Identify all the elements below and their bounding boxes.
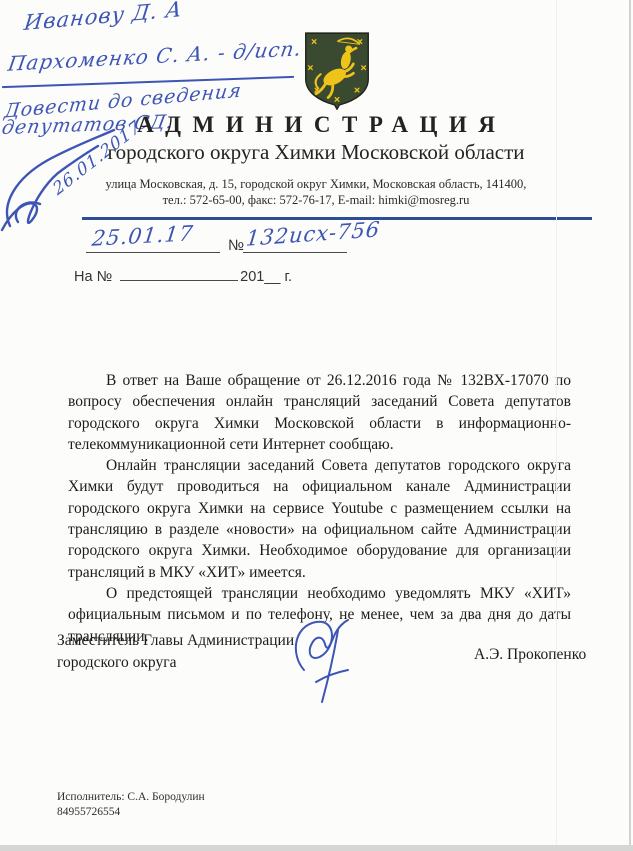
- executor-phone: 84955726554: [57, 805, 205, 820]
- scanned-letter-page: Иванову Д. А Пархоменко С. А. - д/исп. Д…: [0, 0, 633, 851]
- handwritten-addressee: Иванову Д. А: [23, 0, 184, 35]
- signer-position-line1: Заместитель Главы Администрации: [57, 630, 294, 652]
- body-paragraph: Онлайн трансляции заседаний Совета депут…: [68, 455, 571, 583]
- signer-position: Заместитель Главы Администрации городско…: [57, 630, 294, 674]
- letter-body: В ответ на Ваше обращение от 26.12.2016 …: [68, 370, 571, 647]
- org-address-line2: тел.: 572-65-00, факс: 572-76-17, E-mail…: [36, 192, 596, 208]
- reply-year: 201__ г.: [240, 269, 292, 285]
- handwritten-resolution-line: Пархоменко С. А. - д/исп.: [6, 36, 304, 76]
- reply-number-underline: [120, 266, 238, 281]
- outgoing-number-handwritten: 132исх-756: [245, 217, 382, 251]
- reply-reference-row: На №201__ г.: [74, 266, 292, 285]
- scan-edge-right: [629, 0, 631, 851]
- signature-scribble: [282, 612, 392, 707]
- org-title: АДМИНИСТРАЦИЯ: [36, 112, 596, 138]
- khimki-coat-of-arms-icon: [302, 30, 372, 110]
- scan-edge-bottom: [0, 845, 633, 851]
- outgoing-date-handwritten: 25.01.17: [91, 221, 195, 251]
- letterhead: АДМИНИСТРАЦИЯ городского округа Химки Мо…: [36, 112, 596, 208]
- handwritten-underline: [2, 76, 294, 88]
- org-subtitle: городского округа Химки Московской облас…: [36, 140, 596, 165]
- scan-fold-line: [556, 0, 557, 851]
- executor-line: Исполнитель: С.А. Бородулин: [57, 790, 205, 805]
- body-paragraph: В ответ на Ваше обращение от 26.12.2016 …: [68, 370, 571, 455]
- org-address-line1: улица Московская, д. 15, городской округ…: [36, 176, 596, 192]
- executor-block: Исполнитель: С.А. Бородулин 84955726554: [57, 790, 205, 820]
- signer-name: А.Э. Прокопенко: [474, 646, 586, 664]
- number-sign: №: [228, 237, 244, 254]
- number-underline: [243, 252, 347, 253]
- signer-position-line2: городского округа: [57, 652, 294, 674]
- date-underline: [86, 252, 220, 253]
- reply-number-label: На №: [74, 269, 112, 285]
